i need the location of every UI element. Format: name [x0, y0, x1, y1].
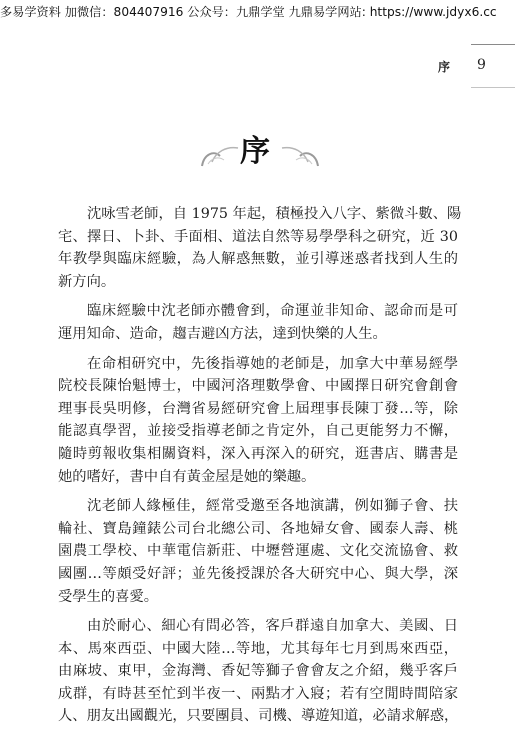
text-line: 成群，有時甚至忙到半夜一、兩點才入寢；若有空閒時間陪家: [58, 683, 458, 706]
paragraph-3: 在命相研究中，先後指導她的老師是，加拿大中華易經學 院校長陳怡魁博士，中國河洛理…: [58, 353, 458, 489]
text-line: 她的嗜好，書中自有黃金屋是她的樂趣。: [58, 466, 458, 489]
chapter-title-block: 序: [190, 130, 330, 178]
text-line: 本、馬來西亞、中國大陸…等地，尤其每年七月到馬來西亞，: [58, 638, 458, 661]
text-line: 臨床經驗中沈老師亦體會到，命運並非知命、認命而是可: [58, 300, 458, 323]
text-line: 宅、擇日、卜卦、手面相、道法自然等易學學科之研究，近 30: [58, 226, 458, 249]
page-number: 9: [477, 57, 486, 73]
text-line: 人、朋友出國觀光，只要團員、司機、導遊知道，必請求解惑，: [58, 705, 458, 728]
flourish-right-icon: [280, 140, 322, 170]
paragraph-5: 由於耐心、細心有問必答，客戶群遠自加拿大、美國、日 本、馬來西亞、中國大陸…等地…: [58, 615, 458, 728]
paragraph-4: 沈老師人緣極佳，經常受邀至各地演講，例如獅子會、扶 輪社、寶島鐘錶公司台北總公司…: [58, 495, 458, 608]
chapter-title: 序: [240, 132, 270, 172]
flourish-left-icon: [198, 140, 240, 170]
text-line: 年教學與臨床經驗，為人解惑無數，並引導迷惑者找到人生的: [58, 248, 458, 271]
text-line: 新方向。: [58, 271, 458, 294]
text-line: 沈老師人緣極佳，經常受邀至各地演講，例如獅子會、扶: [58, 495, 458, 518]
text-line: 在命相研究中，先後指導她的老師是，加拿大中華易經學: [58, 353, 458, 376]
text-line: 理事長吳明修，台灣省易經研究會上屆理事長陳丁發…等，除: [58, 398, 458, 421]
text-line: 能認真學習，並接受指導老師之肯定外，自己更能努力不懈，: [58, 420, 458, 443]
text-line: 院校長陳怡魁博士，中國河洛理數學會、中國擇日研究會創會: [58, 375, 458, 398]
text-line: 輪社、寶島鐘錶公司台北總公司、各地婦女會、國泰人壽、桃: [58, 518, 458, 541]
watermark-banner: 多易学资料 加微信：804407916 公众号：九鼎学堂 九鼎易学网站: htt…: [0, 4, 515, 20]
paragraph-1: 沈咏雪老師，自 1975 年起，積極投入八字、紫微斗數、陽 宅、擇日、卜卦、手面…: [58, 203, 458, 293]
text-line: 園農工學校、中華電信新莊、中壢營運處、文化交流協會、救: [58, 540, 458, 563]
text-line: 受學生的喜愛。: [58, 586, 458, 609]
text-line: 由麻坡、東甲，金海灣、香妃等獅子會會友之介紹，幾乎客戶: [58, 660, 458, 683]
text-line: 隨時剪報收集相關資料，深入再深入的研究，逛書店、購書是: [58, 443, 458, 466]
header-rule-bottom: [471, 87, 515, 88]
text-line: 運用知命、造命，趨吉避凶方法，達到快樂的人生。: [58, 323, 458, 346]
text-line: 沈咏雪老師，自 1975 年起，積極投入八字、紫微斗數、陽: [58, 203, 458, 226]
text-line: 由於耐心、細心有問必答，客戶群遠自加拿大、美國、日: [58, 615, 458, 638]
header-rule-top: [471, 44, 515, 45]
running-head: 序: [438, 58, 450, 75]
paragraph-2: 臨床經驗中沈老師亦體會到，命運並非知命、認命而是可 運用知命、造命，趨吉避凶方法…: [58, 300, 458, 345]
body-text: 沈咏雪老師，自 1975 年起，積極投入八字、紫微斗數、陽 宅、擇日、卜卦、手面…: [58, 203, 458, 735]
text-line: 國團…等頗受好評；並先後授課於各大研究中心、與大學，深: [58, 563, 458, 586]
